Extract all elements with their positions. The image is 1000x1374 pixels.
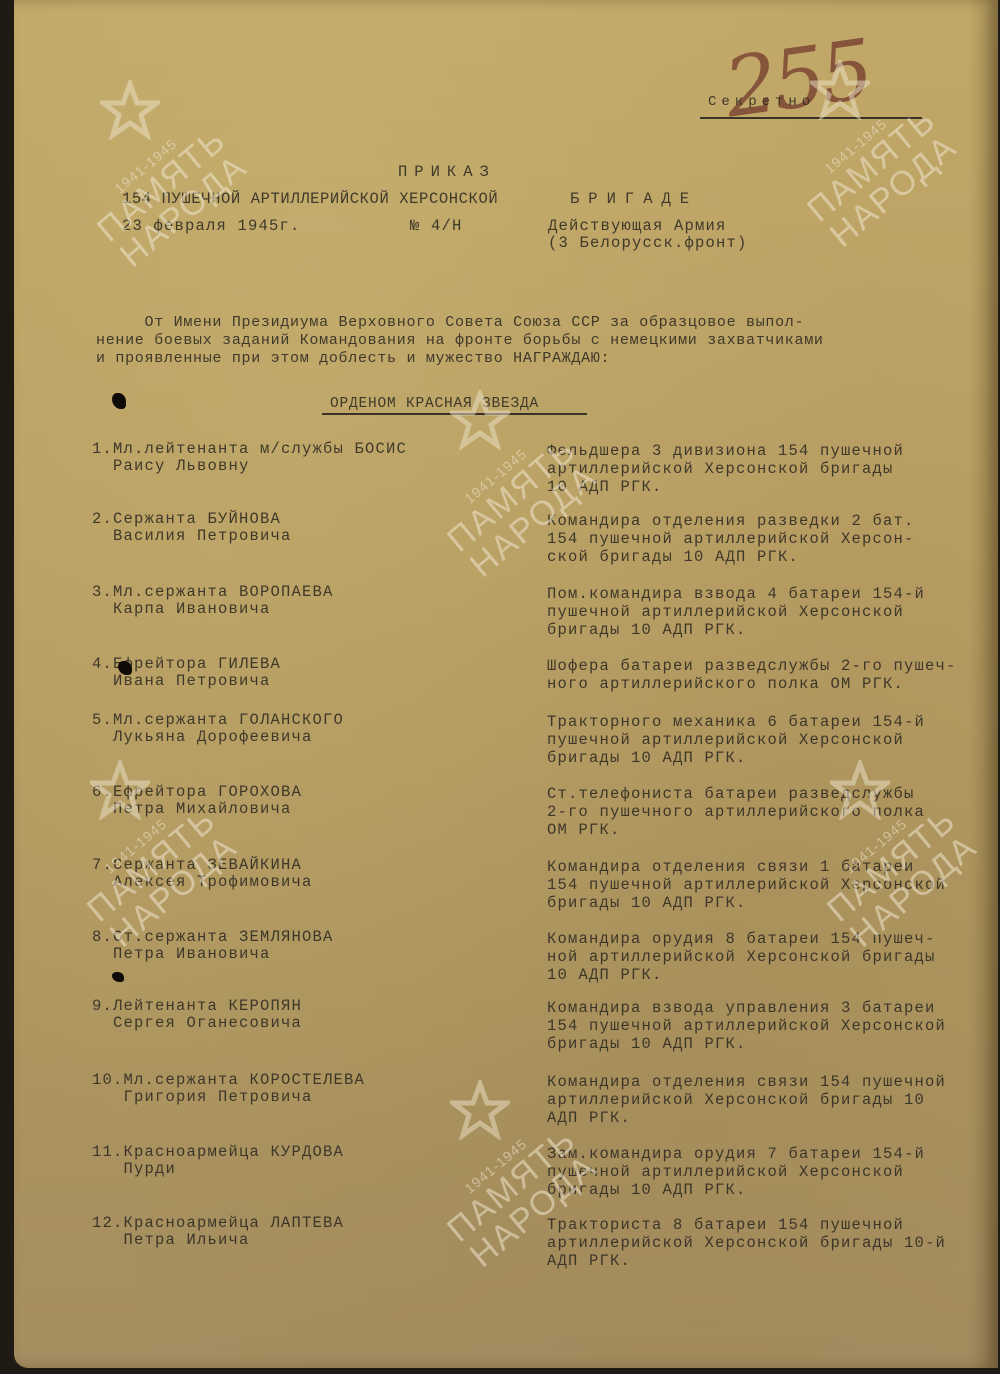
awardee-position: Зам.командира орудия 7 батареи 154-й [547, 1145, 925, 1163]
awardee-given-name: Раису Львовну [92, 457, 250, 475]
awardee-name: 8.Ст.сержанта ЗЕМЛЯНОВА [92, 928, 334, 946]
awardee-position: 10 АДП РГК. [547, 478, 663, 496]
awardee-position: Командира взвода управления 3 батареи [547, 999, 936, 1017]
awardee-position: Фельдшера 3 дивизиона 154 пушечной [547, 442, 904, 460]
punch-hole [112, 972, 124, 982]
order-date: 23 февраля 1945г. [122, 217, 301, 235]
awardee-position: АДП РГК. [547, 1252, 631, 1270]
classification-stamp: Секретно [708, 93, 815, 111]
awardee-position: Командира орудия 8 батареи 154 пушеч- [547, 930, 936, 948]
awardee-position: ОМ РГК. [547, 821, 621, 839]
awardee-name: 7.Сержанта ЗЕВАЙКИНА [92, 856, 302, 874]
awardee-name: 1.Мл.лейтенанта м/службы БОСИС [92, 440, 407, 458]
awardee-name: 6.Ефрейтора ГОРОХОВА [92, 783, 302, 801]
awardee-name: 5.Мл.сержанта ГОЛАНСКОГО [92, 711, 344, 729]
location-line-2: (3 Белорусск.фронт) [548, 234, 748, 252]
awardee-position: бригады 10 АДП РГК. [547, 621, 747, 639]
awardee-position: Командира отделения связи 1 батареи [547, 858, 915, 876]
unit-name: 154 ПУШЕЧНОЙ АРТИЛЛЕРИЙСКОЙ ХЕРСОНСКОЙ [122, 190, 498, 208]
awardee-position: Тракторного механика 6 батареи 154-й [547, 713, 925, 731]
awardee-name: 11.Красноармейца КУРДОВА [92, 1143, 344, 1161]
unit-name-tail: БРИГАДЕ [570, 190, 698, 208]
awardee-position: бригады 10 АДП РГК. [547, 1035, 747, 1053]
awardee-position: бригады 10 АДП РГК. [547, 1181, 747, 1199]
preamble-line: нение боевых заданий Командования на фро… [96, 332, 976, 350]
awardee-position: ной артиллерийской Херсонской бригады [547, 948, 936, 966]
awardee-given-name: Петра Ильича [92, 1231, 250, 1249]
awardee-given-name: Григория Петровича [92, 1088, 313, 1106]
awardee-given-name: Петра Ивановича [92, 945, 271, 963]
awardee-given-name: Лукьяна Дорофеевича [92, 728, 313, 746]
awardee-given-name: Карпа Ивановича [92, 600, 271, 618]
awardee-position: ного артиллерийского полка ОМ РГК. [547, 675, 904, 693]
awardee-position: Командира отделения разведки 2 бат. [547, 512, 915, 530]
awardee-position: артиллерийской Херсонской бригады 10 [547, 1091, 925, 1109]
awardee-position: артиллерийской Херсонской бригады [547, 460, 894, 478]
awardee-given-name: Алексея Трофимовича [92, 873, 313, 891]
awardee-position: Тракториста 8 батареи 154 пушечной [547, 1216, 904, 1234]
awardee-position: 154 пушечной артиллерийской Херсон- [547, 530, 915, 548]
preamble-line: и проявленные при этом доблесть и мужест… [96, 350, 976, 368]
document-title: ПРИКАЗ [398, 163, 496, 181]
awardee-position: Командира отделения связи 154 пушечной [547, 1073, 946, 1091]
awardee-position: ской бригады 10 АДП РГК. [547, 548, 799, 566]
page-fold [968, 0, 998, 1368]
awardee-position: 2-го пушечного артиллерийского полка [547, 803, 925, 821]
awardee-name: 12.Красноармейца ЛАПТЕВА [92, 1214, 344, 1232]
awardee-name: 3.Мл.сержанта ВОРОПАЕВА [92, 583, 334, 601]
awardee-name: 2.Сержанта БУЙНОВА [92, 510, 281, 528]
awardee-position: пушечной артиллерийской Херсонской [547, 603, 904, 621]
award-underline [322, 413, 587, 415]
awardee-given-name: Пурди [92, 1160, 176, 1178]
awardee-position: пушечной артиллерийской Херсонской [547, 731, 904, 749]
location-line-1: Действующая Армия [548, 217, 727, 235]
awardee-name: 10.Мл.сержанта КОРОСТЕЛЕВА [92, 1071, 365, 1089]
preamble-line: От Имени Президиума Верховного Совета Со… [96, 314, 976, 332]
awardee-given-name: Василия Петровича [92, 527, 292, 545]
awardee-position: Пом.командира взвода 4 батареи 154-й [547, 585, 925, 603]
classification-underline [700, 117, 922, 119]
awardee-position: АДП РГК. [547, 1109, 631, 1127]
awardee-given-name: Петра Михайловича [92, 800, 292, 818]
awardee-given-name: Сергея Оганесовича [92, 1014, 302, 1032]
awardee-position: Шофера батареи разведслужбы 2-го пушеч- [547, 657, 957, 675]
awardee-given-name: Ивана Петровича [92, 672, 271, 690]
awardee-position: 154 пушечной артиллерийской Херсонской [547, 1017, 946, 1035]
awardee-position: бригады 10 АДП РГК. [547, 894, 747, 912]
award-title: ОРДЕНОМ КРАСНАЯ ЗВЕЗДА [330, 395, 539, 413]
awardee-position: бригады 10 АДП РГК. [547, 749, 747, 767]
awardee-name: 9.Лейтенанта КЕРОПЯН [92, 997, 302, 1015]
awardee-position: артиллерийской Херсонской бригады 10-й [547, 1234, 946, 1252]
awardee-position: пушечной артиллерийской Херсонской [547, 1163, 904, 1181]
awardee-position: 10 АДП РГК. [547, 966, 663, 984]
order-number: № 4/Н [410, 217, 463, 235]
handwritten-page-number: 255 [719, 20, 876, 139]
awardee-position: 154 пушечной артиллерийской Херсонской [547, 876, 946, 894]
awardee-position: Ст.телефониста батареи разведслужбы [547, 785, 915, 803]
